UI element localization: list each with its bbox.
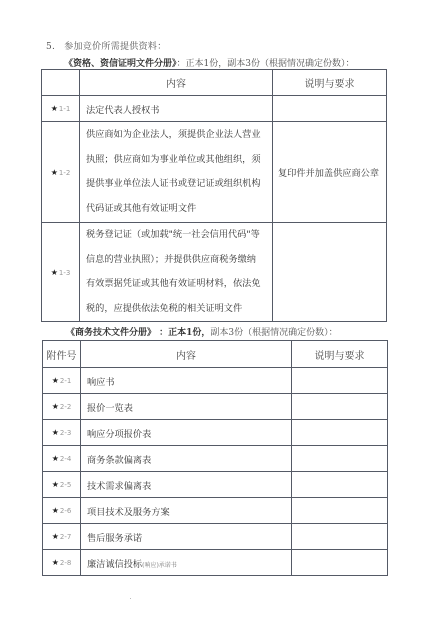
content-line: 税的，应提供依法免税的相关证明文件: [86, 297, 268, 322]
row-note: [292, 420, 388, 446]
table-row: ★2-5 技术需求偏离表: [43, 472, 388, 498]
row-note: [292, 472, 388, 498]
row-content: 售后服务承诺: [81, 524, 292, 550]
header-requirements: 说明与要求: [273, 70, 387, 96]
row-note: [292, 368, 388, 394]
row-content: 供应商如为企业法人，须提供企业法人营业 执照；供应商如为事业单位或其他组织，须 …: [80, 122, 273, 223]
index-label: 1-1: [59, 105, 70, 113]
index-label: 2-8: [60, 559, 71, 567]
section-heading: 5.参加竞价所需提供资料：: [46, 39, 167, 52]
index-label: 2-4: [60, 455, 71, 463]
row-index: ★2-4: [43, 446, 81, 472]
header-requirements: 说明与要求: [292, 341, 388, 368]
index-label: 2-2: [60, 403, 71, 411]
row-note: [273, 223, 387, 322]
commercial-technical-documents-table: 附件号 内容 说明与要求 ★2-1 响应书 ★2-2 报价一览表 ★2-3 响应…: [42, 340, 388, 576]
header-attachment-number: 附件号: [43, 341, 81, 368]
row-content: 响应书: [81, 368, 292, 394]
row-content: 技术需求偏离表: [81, 472, 292, 498]
index-label: 2-3: [60, 429, 71, 437]
row-index: ★2-2: [43, 394, 81, 420]
row-index: ★2-6: [43, 498, 81, 524]
header-index: [42, 70, 80, 96]
index-label: 1-2: [59, 169, 70, 177]
row-content: 税务登记证（或加载"统一社会信用代码"等 信息的营业执照）；并提供供应商税务缴纳…: [80, 223, 273, 322]
row-note: [292, 446, 388, 472]
star-icon: ★: [52, 428, 59, 437]
section-number: 5.: [46, 42, 55, 52]
content-small: (响应)承诺书: [142, 562, 177, 569]
row-index: ★2-8: [43, 550, 81, 576]
index-label: 1-3: [59, 269, 70, 277]
qualification-documents-table: 内容 说明与要求 ★1-1 法定代表人授权书 ★1-2 供应商如为企业法人，须提…: [41, 69, 387, 322]
star-icon: ★: [52, 532, 59, 541]
commercial-volume-copies: 副本3份（根据情况确定份数）：: [210, 328, 337, 338]
table-row: ★2-7 售后服务承诺: [43, 524, 388, 550]
table-row: ★1-1 法定代表人授权书: [42, 96, 387, 122]
index-label: 2-7: [60, 533, 71, 541]
index-label: 2-6: [60, 507, 71, 515]
content-main: 廉洁诚信投标: [87, 559, 142, 570]
table-row: ★2-3 响应分项报价表: [43, 420, 388, 446]
table-header-row: 附件号 内容 说明与要求: [43, 341, 388, 368]
row-content: 廉洁诚信投标(响应)承诺书: [81, 550, 292, 576]
content-line: 供应商如为企业法人，须提供企业法人营业: [86, 123, 268, 148]
qualification-volume-caption: 《资格、资信证明文件分册》：正本1份，副本3份（根据情况确定份数）：: [64, 56, 354, 69]
row-index: ★2-3: [43, 420, 81, 446]
commercial-volume-copies-bold: ：正本1份，: [156, 328, 210, 338]
row-content: 响应分项报价表: [81, 420, 292, 446]
row-note: [292, 524, 388, 550]
index-label: 2-1: [60, 377, 71, 385]
row-content: 法定代表人授权书: [80, 96, 273, 122]
star-icon: ★: [51, 104, 58, 113]
row-index: ★1-2: [42, 122, 80, 223]
star-icon: ★: [52, 506, 59, 515]
row-note: [273, 96, 387, 122]
row-note: [292, 394, 388, 420]
commercial-volume-title: 《商务技术文件分册》: [66, 328, 156, 338]
row-index: ★2-7: [43, 524, 81, 550]
star-icon: ★: [52, 454, 59, 463]
row-note: [292, 550, 388, 576]
content-line: 提供事业单位法人证书或登记证或组织机构: [86, 172, 268, 197]
table-row: ★2-4 商务条款偏离表: [43, 446, 388, 472]
star-icon: ★: [52, 376, 59, 385]
table-row: ★2-8 廉洁诚信投标(响应)承诺书: [43, 550, 388, 576]
star-icon: ★: [52, 402, 59, 411]
content-line: 税务登记证（或加载"统一社会信用代码"等: [86, 223, 268, 248]
section-heading-text: 参加竞价所需提供资料：: [64, 42, 166, 52]
content-line: 有效票据凭证或其他有效证明材料，依法免: [86, 272, 268, 297]
table-row: ★2-1 响应书: [43, 368, 388, 394]
row-index: ★1-3: [42, 223, 80, 322]
index-label: 2-5: [60, 481, 71, 489]
star-icon: ★: [52, 480, 59, 489]
table-row: ★1-2 供应商如为企业法人，须提供企业法人营业 执照；供应商如为事业单位或其他…: [42, 122, 387, 223]
qualification-volume-title: 《资格、资信证明文件分册》: [64, 59, 177, 69]
table-row: ★1-3 税务登记证（或加载"统一社会信用代码"等 信息的营业执照）；并提供供应…: [42, 223, 387, 322]
content-line: 信息的营业执照）；并提供供应商税务缴纳: [86, 248, 268, 273]
star-icon: ★: [51, 168, 58, 177]
content-line: 代码证或其他有效证明文件: [86, 197, 268, 222]
header-content: 内容: [81, 341, 292, 368]
row-index: ★1-1: [42, 96, 80, 122]
scan-speck: [130, 598, 131, 599]
row-content: 报价一览表: [81, 394, 292, 420]
commercial-volume-caption: 《商务技术文件分册》 ：正本1份，副本3份（根据情况确定份数）：: [66, 325, 338, 338]
table-row: ★2-6 项目技术及服务方案: [43, 498, 388, 524]
header-content: 内容: [80, 70, 273, 96]
row-index: ★2-1: [43, 368, 81, 394]
table-row: ★2-2 报价一览表: [43, 394, 388, 420]
star-icon: ★: [52, 558, 59, 567]
qualification-volume-copies: ：正本1份，副本3份（根据情况确定份数）：: [177, 59, 355, 69]
table-header-row: 内容 说明与要求: [42, 70, 387, 96]
content-line: 执照；供应商如为事业单位或其他组织，须: [86, 148, 268, 173]
row-index: ★2-5: [43, 472, 81, 498]
row-content: 项目技术及服务方案: [81, 498, 292, 524]
row-content: 商务条款偏离表: [81, 446, 292, 472]
row-note: [292, 498, 388, 524]
row-note: 复印件并加盖供应商公章: [273, 122, 387, 223]
star-icon: ★: [51, 268, 58, 277]
